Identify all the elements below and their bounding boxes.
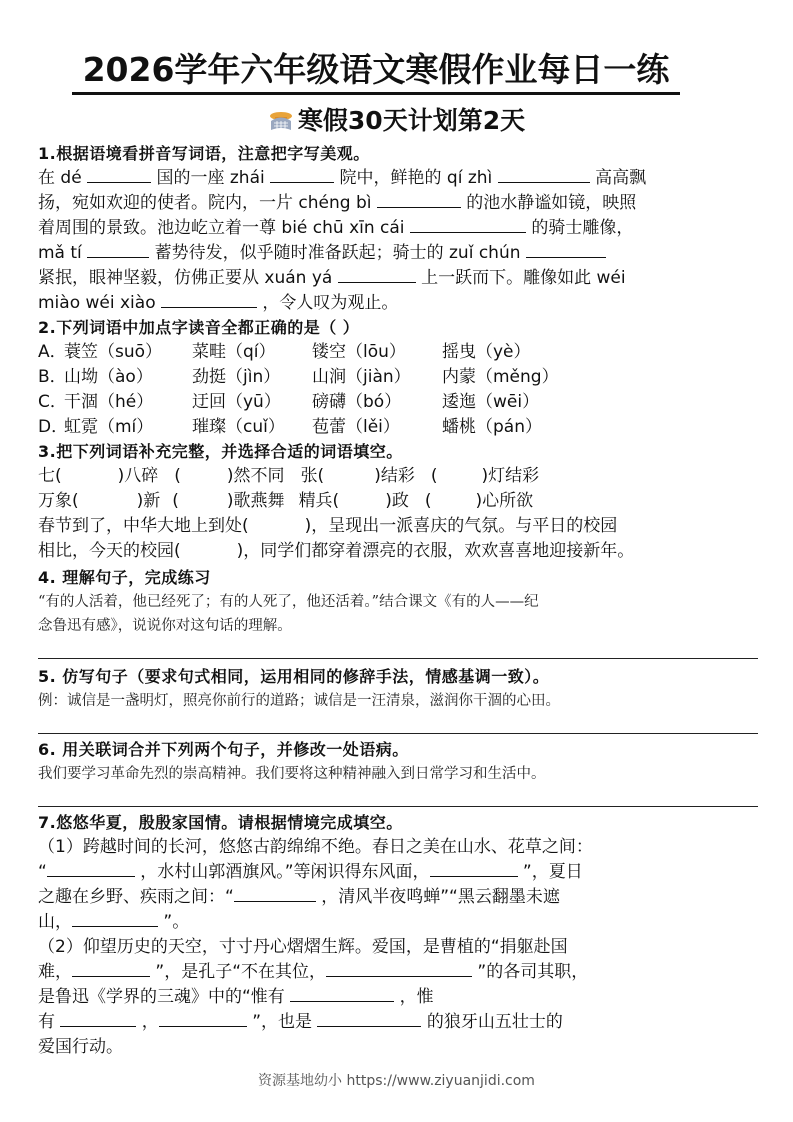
q4-prompt-line-1: “有的人活着，他已经死了；有的人死了，他还活着。”结合课文《有的人——纪 [38, 590, 758, 614]
question-3-heading: 3.把下列词语补充完整，并选择合适的词语填空。 [38, 440, 758, 464]
q7-text: 山， [38, 912, 72, 932]
q1-line-6: miào wéi xiào ，令人叹为观止。 [38, 291, 758, 316]
question-2-heading: 2.下列词语中加点字读音全都正确的是（ ） [38, 316, 758, 340]
answer-blank[interactable] [430, 860, 518, 877]
q1-text: 的池水静谧如镜，映照 [461, 193, 636, 213]
option-label: B． [38, 365, 64, 390]
answer-blank[interactable] [270, 166, 334, 183]
q7-text: ，水村山郭酒旗风。”等闲识得东风面， [135, 862, 430, 882]
q3-idiom-row-2: 万象()新()歌燕舞精兵()政()心所欲 [38, 489, 758, 514]
page-title: 2026学年六年级语文寒假作业每日一练 [72, 50, 680, 95]
option-word: 迂回（yū） [192, 390, 312, 415]
q1-line-5: 紧抿，眼神坚毅，仿佛正要从 xuán yá 上一跃而下。雕像如此 wéi [38, 266, 758, 291]
q7-text: ”，也是 [247, 1012, 318, 1032]
sentence-text: 春节到了，中华大地上到处( [38, 516, 249, 536]
option-label: A． [38, 340, 64, 365]
q7-part2-line-2: 难， ”，是孔子“不在其位， ”的各司其职， [38, 960, 758, 985]
option-word: 磅礴（bó） [312, 390, 442, 415]
option-label: C． [38, 390, 64, 415]
option-word: 劲挺（jìn） [192, 365, 312, 390]
q3-sentence-1: 春节到了，中华大地上到处()，呈现出一派喜庆的气氛。与平日的校园 [38, 514, 758, 539]
sentence-text: )，同学们都穿着漂亮的衣服，欢欢喜喜地迎接新年。 [237, 541, 635, 561]
q3-idiom-row-1: 七()八碎()然不同张()结彩()灯结彩 [38, 464, 758, 489]
option-word: 镂空（lōu） [312, 340, 442, 365]
answer-blank[interactable] [234, 885, 316, 902]
q7-text: ， [136, 1012, 158, 1032]
question-7-heading: 7.悠悠华夏，殷殷家国情。请根据情境完成填空。 [38, 811, 758, 835]
idiom-text: )然不同 [227, 466, 285, 486]
option-word: 摇曳（yè） [442, 340, 531, 365]
option-word: 山坳（ào） [64, 365, 192, 390]
option-word: 干涸（hé） [64, 390, 192, 415]
worksheet-content: 1.根据语境看拼音写词语，注意把字写美观。 在 dé 国的一座 zhái 院中，… [38, 142, 758, 1060]
answer-blank[interactable] [326, 960, 472, 977]
q1-line-1: 在 dé 国的一座 zhái 院中，鲜艳的 qí zhì 高高飘 [38, 166, 758, 191]
idiom-text: 张( [301, 466, 325, 486]
idiom-text: 万象( [38, 491, 79, 511]
idiom-text: )政 [385, 491, 409, 511]
answer-blank[interactable] [498, 166, 590, 183]
q1-line-3: 着周围的景致。池边屹立着一尊 bié chū xīn cái 的骑士雕像， [38, 216, 758, 241]
question-5-heading: 5. 仿写句子（要求句式相同，运用相同的修辞手法，情感基调一致）。 [38, 665, 758, 689]
option-word: 苞蕾（lěi） [312, 415, 442, 440]
option-c[interactable]: C．干涸（hé）迂回（yū）磅礴（bó）逶迤（wēi） [38, 390, 758, 415]
q7-part1-line-1: （1）跨越时间的长河，悠悠古韵绵绵不绝。春日之美在山水、花草之间： [38, 835, 758, 860]
idiom-text: ( [431, 466, 438, 486]
q1-text: 蓄势待发，似乎随时准备跃起；骑士的 zuǐ chún [149, 243, 526, 263]
q1-text: ，令人叹为观止。 [257, 293, 398, 313]
q7-part2-line-3: 是鲁迅《学界的三魂》中的“惟有 ，惟 [38, 985, 758, 1010]
idiom-text: ( [174, 466, 181, 486]
q1-text: 上一跃而下。雕像如此 wéi [416, 268, 626, 288]
question-4-heading: 4. 理解句子，完成练习 [38, 566, 758, 590]
option-word: 山涧（jiàn） [312, 365, 442, 390]
q6-sentences: 我们要学习革命先烈的崇高精神。我们要将这种精神融入到日常学习和生活中。 [38, 762, 758, 786]
graduation-cap-icon [268, 108, 294, 132]
q7-text: ，清风半夜鸣蝉”“黑云翻墨未遮 [316, 887, 560, 907]
idiom-text: ( [172, 491, 179, 511]
option-d[interactable]: D．虹霓（mí）璀璨（cuǐ）苞蕾（lěi）蟠桃（pán） [38, 415, 758, 440]
q4-prompt-line-2: 念鲁迅有感》，说说你对这句话的理解。 [38, 614, 758, 638]
answer-blank[interactable] [87, 241, 149, 258]
answer-blank[interactable] [526, 241, 606, 258]
answer-blank[interactable] [72, 960, 150, 977]
idiom-text: )心所欲 [475, 491, 533, 511]
q1-text: 高高飘 [590, 168, 646, 188]
q7-text: 的狼牙山五壮士的 [421, 1012, 562, 1032]
q7-text: ，惟 [394, 987, 433, 1007]
option-word: 蟠桃（pán） [442, 415, 542, 440]
q1-text: 扬，宛如欢迎的使者。院内，一片 chéng bì [38, 193, 377, 213]
answer-blank[interactable] [60, 1010, 136, 1027]
answer-line[interactable] [38, 806, 758, 807]
q7-part1-line-4: 山， ”。 [38, 910, 758, 935]
idiom-text: )八碎 [118, 466, 159, 486]
subtitle-text: 寒假30天计划第2天 [298, 106, 525, 135]
answer-blank[interactable] [87, 166, 151, 183]
q7-part1-line-2: “ ，水村山郭酒旗风。”等闲识得东风面， ”，夏日 [38, 860, 758, 885]
q1-text: miào wéi xiào [38, 293, 161, 313]
answer-blank[interactable] [290, 985, 394, 1002]
q1-text: mǎ tí [38, 243, 87, 263]
q7-text: ”，夏日 [518, 862, 583, 882]
q7-text: ”，是孔子“不在其位， [150, 962, 326, 982]
idiom-text: 七( [38, 466, 62, 486]
answer-blank[interactable] [410, 216, 526, 233]
option-word: 内蒙（měng） [442, 365, 559, 390]
q7-part1-line-3: 之趣在乡野、疾雨之间：“ ，清风半夜鸣蝉”“黑云翻墨未遮 [38, 885, 758, 910]
q1-line-4: mǎ tí 蓄势待发，似乎随时准备跃起；骑士的 zuǐ chún [38, 241, 758, 266]
page-subtitle: 寒假30天计划第2天 [0, 104, 793, 138]
answer-blank[interactable] [317, 1010, 421, 1027]
question-6-heading: 6. 用关联词合并下列两个句子，并修改一处语病。 [38, 738, 758, 762]
option-word: 菜畦（qí） [192, 340, 312, 365]
q1-text: 的骑士雕像， [526, 218, 633, 238]
answer-blank[interactable] [338, 266, 416, 283]
q1-line-2: 扬，宛如欢迎的使者。院内，一片 chéng bì 的池水静谧如镜，映照 [38, 191, 758, 216]
idiom-text: )灯结彩 [481, 466, 539, 486]
q7-text: 难， [38, 962, 72, 982]
q7-text: 是鲁迅《学界的三魂》中的“惟有 [38, 987, 290, 1007]
q1-text: 紧抿，眼神坚毅，仿佛正要从 xuán yá [38, 268, 338, 288]
answer-line[interactable] [38, 658, 758, 659]
idiom-text: 精兵( [299, 491, 340, 511]
q7-text: ”的各司其职， [472, 962, 588, 982]
q7-text: 有 [38, 1012, 60, 1032]
watermark: 资源基地幼小 https://www.ziyuanjidi.com [0, 1070, 793, 1090]
q1-text: 院中，鲜艳的 qí zhì [334, 168, 498, 188]
q3-sentence-2: 相比，今天的校园()，同学们都穿着漂亮的衣服，欢欢喜喜地迎接新年。 [38, 539, 758, 564]
q7-part2-line-5: 爱国行动。 [38, 1035, 758, 1060]
q1-text: 在 dé [38, 168, 87, 188]
q7-part2-line-4: 有 ， ”，也是 的狼牙山五壮士的 [38, 1010, 758, 1035]
q1-text: 着周围的景致。池边屹立着一尊 bié chū xīn cái [38, 218, 410, 238]
q5-example: 例：诚信是一盏明灯，照亮你前行的道路；诚信是一汪清泉，滋润你干涸的心田。 [38, 689, 758, 713]
question-1-heading: 1.根据语境看拼音写词语，注意把字写美观。 [38, 142, 758, 166]
sentence-text: 相比，今天的校园( [38, 541, 181, 561]
option-word: 璀璨（cuǐ） [192, 415, 312, 440]
answer-line[interactable] [38, 733, 758, 734]
answer-blank[interactable] [159, 1010, 247, 1027]
q7-text: 之趣在乡野、疾雨之间：“ [38, 887, 234, 907]
answer-blank[interactable] [377, 191, 461, 208]
answer-blank[interactable] [72, 910, 158, 927]
answer-blank[interactable] [47, 860, 135, 877]
option-label: D． [38, 415, 64, 440]
idiom-text: ( [425, 491, 432, 511]
q7-part2-line-1: （2）仰望历史的天空，寸寸丹心熠熠生辉。爱国，是曹植的“捐躯赴国 [38, 935, 758, 960]
option-word: 虹霓（mí） [64, 415, 192, 440]
idiom-text: )结彩 [374, 466, 415, 486]
answer-blank[interactable] [161, 291, 257, 308]
option-word: 蓑笠（suō） [64, 340, 192, 365]
q1-text: 国的一座 zhái [151, 168, 270, 188]
q7-text: “ [38, 862, 47, 882]
idiom-text: )新 [137, 491, 161, 511]
option-b[interactable]: B．山坳（ào）劲挺（jìn）山涧（jiàn）内蒙（měng） [38, 365, 758, 390]
idiom-text: )歌燕舞 [227, 491, 285, 511]
sentence-text: )，呈现出一派喜庆的气氛。与平日的校园 [305, 516, 618, 536]
q7-text: ”。 [158, 912, 189, 932]
option-word: 逶迤（wēi） [442, 390, 539, 415]
option-a[interactable]: A．蓑笠（suō）菜畦（qí）镂空（lōu）摇曳（yè） [38, 340, 758, 365]
